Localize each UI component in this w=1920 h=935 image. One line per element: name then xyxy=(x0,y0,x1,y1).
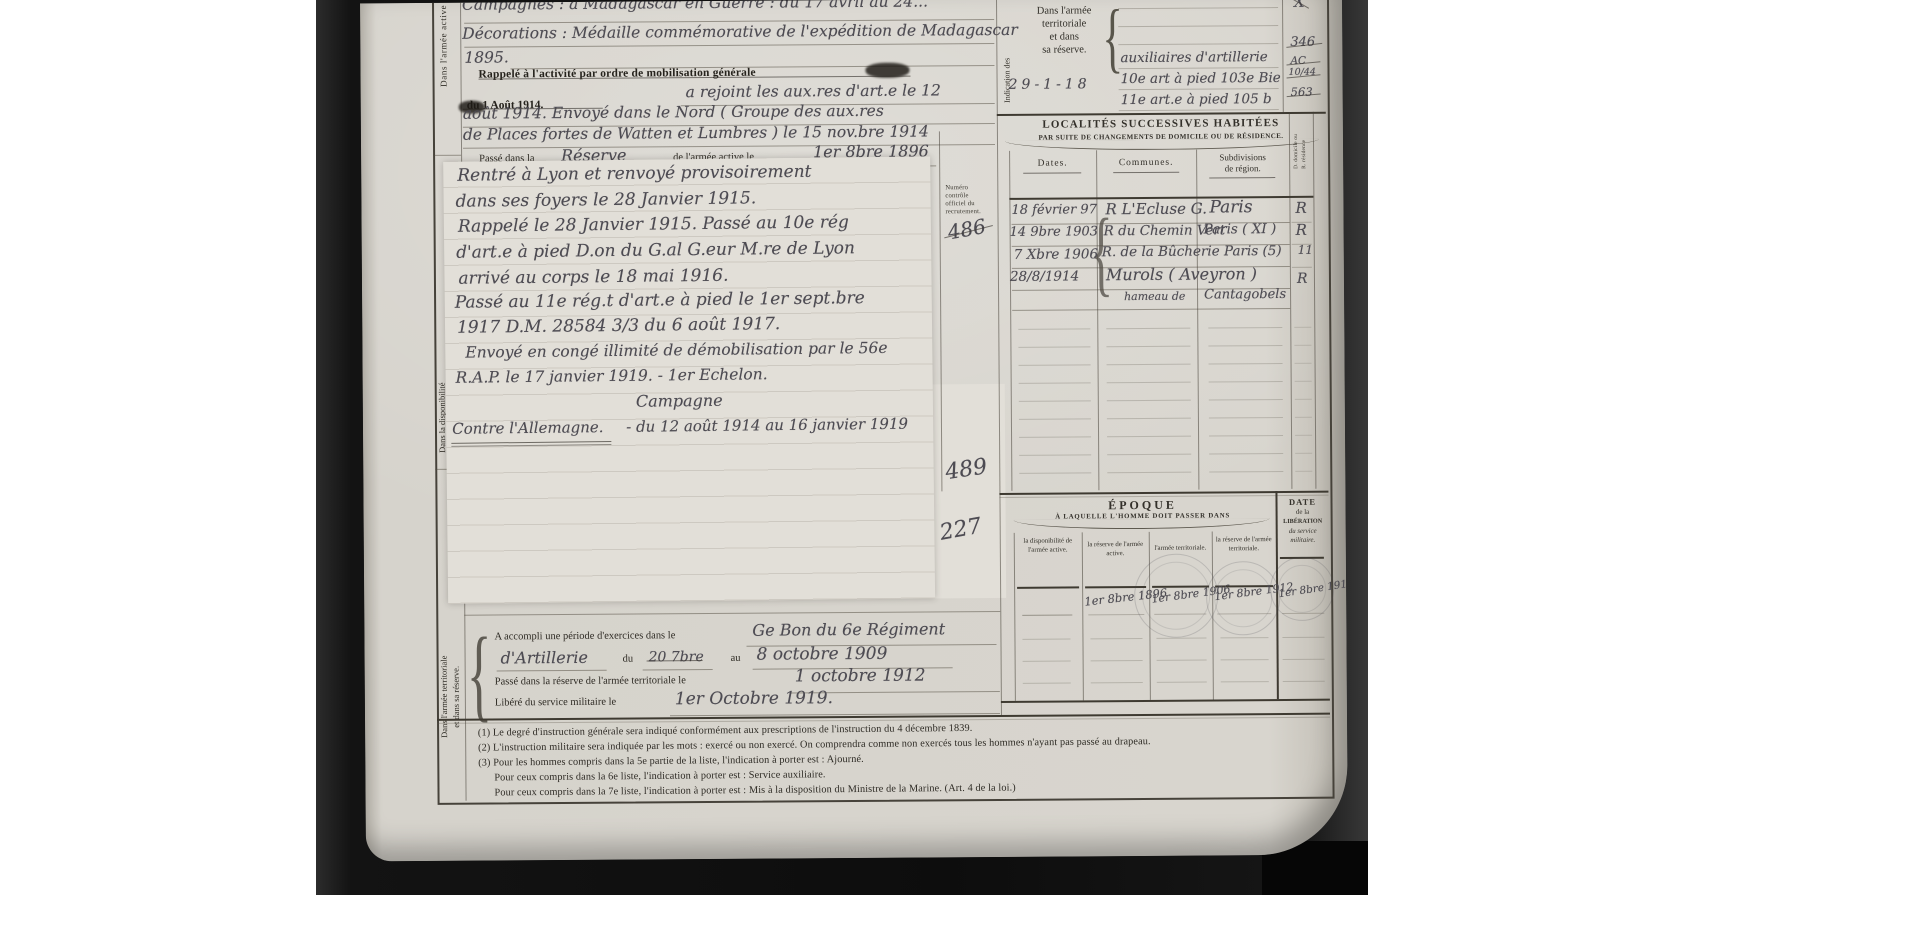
empty-ruled-line xyxy=(1294,345,1311,346)
empty-ruled-line xyxy=(1295,399,1312,400)
empty-ruled-line xyxy=(1295,471,1312,472)
empty-ruled-line xyxy=(1295,381,1312,382)
footnote-4: Pour ceux compris dans la 6e liste, l'in… xyxy=(494,769,825,783)
footnote-3: (3) Pour les hommes compris dans la 5e p… xyxy=(478,754,864,769)
footnote-2: (2) L'instruction militaire sera indiqué… xyxy=(478,736,1151,753)
empty-ruled-line xyxy=(1294,327,1311,328)
military-record-page: Dans l'armée active Dans la disponibilit… xyxy=(360,0,1348,861)
empty-ruled-line xyxy=(1295,453,1312,454)
empty-ruled-line xyxy=(1295,417,1312,418)
footnote-1: (1) Le degré d'instruction générale sera… xyxy=(478,723,973,739)
screenshot-root: { "palette": { "canvas": "#ffffff", "sca… xyxy=(0,0,1920,935)
empty-ruled-line xyxy=(1295,363,1312,364)
footnote-5: Pour ceux compris dans la 7e liste, l'in… xyxy=(494,782,1015,798)
footnote-area: (1) Le degré d'instruction générale sera… xyxy=(360,0,1348,861)
empty-ruled-line xyxy=(1295,435,1312,436)
